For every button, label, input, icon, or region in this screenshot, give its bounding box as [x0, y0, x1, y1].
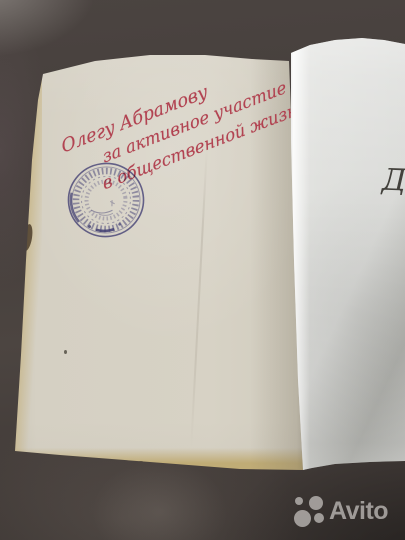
avito-watermark: Avito	[292, 494, 388, 528]
worn-cover-edge-left	[4, 58, 42, 458]
printed-partial-letter: Д	[381, 163, 405, 199]
page-crease	[190, 148, 208, 448]
round-ink-stamp-icon	[64, 158, 148, 242]
photo-open-book: Олегу Абрамову за активное участие в общ…	[0, 0, 405, 540]
avito-logo-icon	[292, 494, 326, 528]
avito-wordmark: Avito	[329, 497, 388, 526]
tear-spot	[88, 461, 97, 466]
tear-spot	[56, 456, 73, 464]
tear-spot	[138, 461, 144, 464]
tear-spot	[18, 296, 23, 308]
ink-speck	[64, 350, 67, 354]
